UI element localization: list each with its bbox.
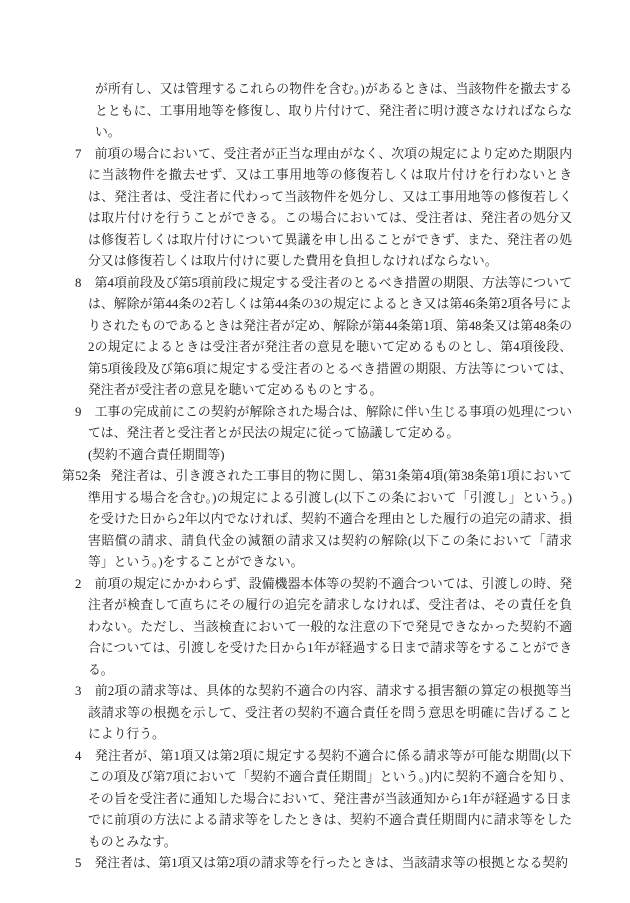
paragraph-text: 工事の完成前にこの契約が解除された場合は、解除に伴い生じる事項の処理については、…: [88, 405, 572, 441]
paragraph: 2前項の規定にかかわらず、設備機器本体等の契約不適合ついては、引渡しの時、発注者…: [62, 574, 572, 682]
item-number: 9: [75, 402, 95, 424]
paragraph: 第52条発注者は、引き渡された工事目的物に関し、第31条第4項(第38条第1項に…: [62, 466, 572, 574]
paragraph-text: が所有し、又は管理するこれらの物件を含む。)があるときは、当該物件を撤去するとと…: [95, 82, 572, 139]
paragraph: 7前項の場合において、受注者が正当な理由がなく、次項の規定により定めた期限内に当…: [62, 144, 572, 273]
paragraph-text: 発注者は、引き渡された工事目的物に関し、第31条第4項(第38条第1項において準…: [88, 469, 572, 569]
paragraph: 9工事の完成前にこの契約が解除された場合は、解除に伴い生じる事項の処理については…: [62, 402, 572, 445]
article-number: 第52条: [62, 469, 101, 483]
paragraph-text: 発注者は、第1項又は第2項の請求等を行ったときは、当該請求等の根拠となる契約: [95, 856, 568, 870]
paragraph: 5発注者は、第1項又は第2項の請求等を行ったときは、当該請求等の根拠となる契約: [62, 853, 572, 875]
item-number: 2: [75, 574, 95, 596]
document-page: が所有し、又は管理するこれらの物件を含む。)があるときは、当該物件を撤去するとと…: [0, 0, 630, 903]
section-heading: (契約不適合責任期間等): [62, 445, 572, 467]
paragraph: 8第4項前段及び第5項前段に規定する受注者のとるべき措置の期限、方法等については…: [62, 273, 572, 402]
paragraph: 3前2項の請求等は、具体的な契約不適合の内容、請求する損害額の算定の根拠等当該請…: [62, 681, 572, 746]
paragraph-text: 前項の規定にかかわらず、設備機器本体等の契約不適合ついては、引渡しの時、発注者が…: [88, 577, 572, 677]
paragraph-text: (契約不適合責任期間等): [88, 448, 225, 462]
paragraph: が所有し、又は管理するこれらの物件を含む。)があるときは、当該物件を撤去するとと…: [62, 79, 572, 144]
paragraph-text: 前2項の請求等は、具体的な契約不適合の内容、請求する損害額の算定の根拠等当該請求…: [88, 684, 572, 741]
item-number: 8: [75, 273, 95, 295]
paragraph-text: 第4項前段及び第5項前段に規定する受注者のとるべき措置の期限、方法等については、…: [88, 276, 572, 398]
paragraph: 4発注者が、第1項又は第2項に規定する契約不適合に係る請求等が可能な期間(以下こ…: [62, 746, 572, 854]
item-number: 5: [75, 853, 95, 875]
item-number: 7: [75, 144, 95, 166]
paragraph-text: 発注者が、第1項又は第2項に規定する契約不適合に係る請求等が可能な期間(以下この…: [88, 749, 572, 849]
document-body: が所有し、又は管理するこれらの物件を含む。)があるときは、当該物件を撤去するとと…: [62, 79, 572, 875]
item-number: 3: [75, 681, 95, 703]
paragraph-text: 前項の場合において、受注者が正当な理由がなく、次項の規定により定めた期限内に当該…: [88, 147, 572, 269]
item-number: 4: [75, 746, 95, 768]
